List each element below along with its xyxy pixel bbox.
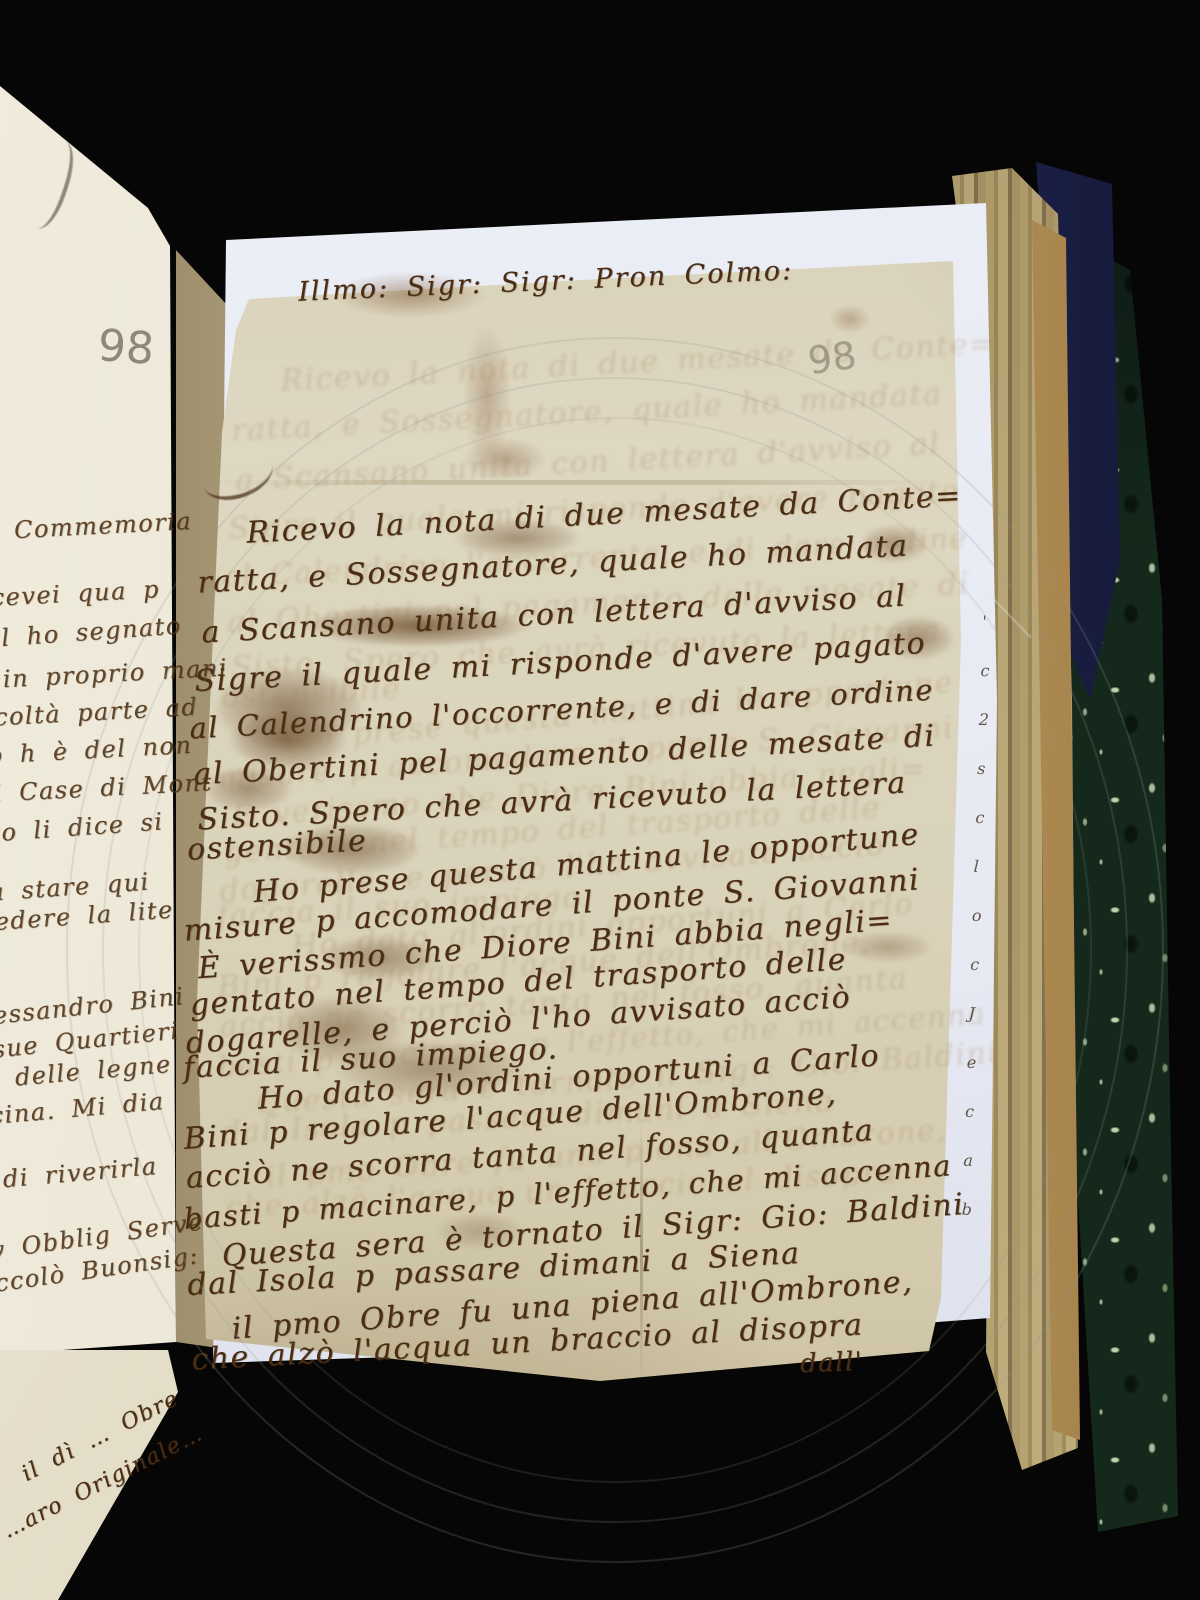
horizontal-fold-crease [210,480,950,485]
edge-mark: c [975,808,986,827]
edge-mark: c [980,661,991,680]
edge-mark: b [961,1200,972,1219]
edge-mark: J [968,1004,979,1023]
folio-number-right: 98 [805,333,859,383]
vertical-fold-crease [640,1120,643,1380]
edge-mark: c [965,1102,976,1121]
edge-mark: s [977,759,988,778]
edge-mark: l [973,857,984,876]
edge-mark: e [967,1053,978,1072]
edge-mark: o [972,906,983,925]
edge-mark: 2 [979,710,990,729]
edge-mark: a [963,1151,974,1170]
folio-number-left: 98 [96,320,155,375]
archival-photo-scene: Ricevo la nota di due mesate da Conte=ra… [0,0,1200,1600]
edge-mark: ' [982,612,993,631]
edge-mark: c [970,955,981,974]
